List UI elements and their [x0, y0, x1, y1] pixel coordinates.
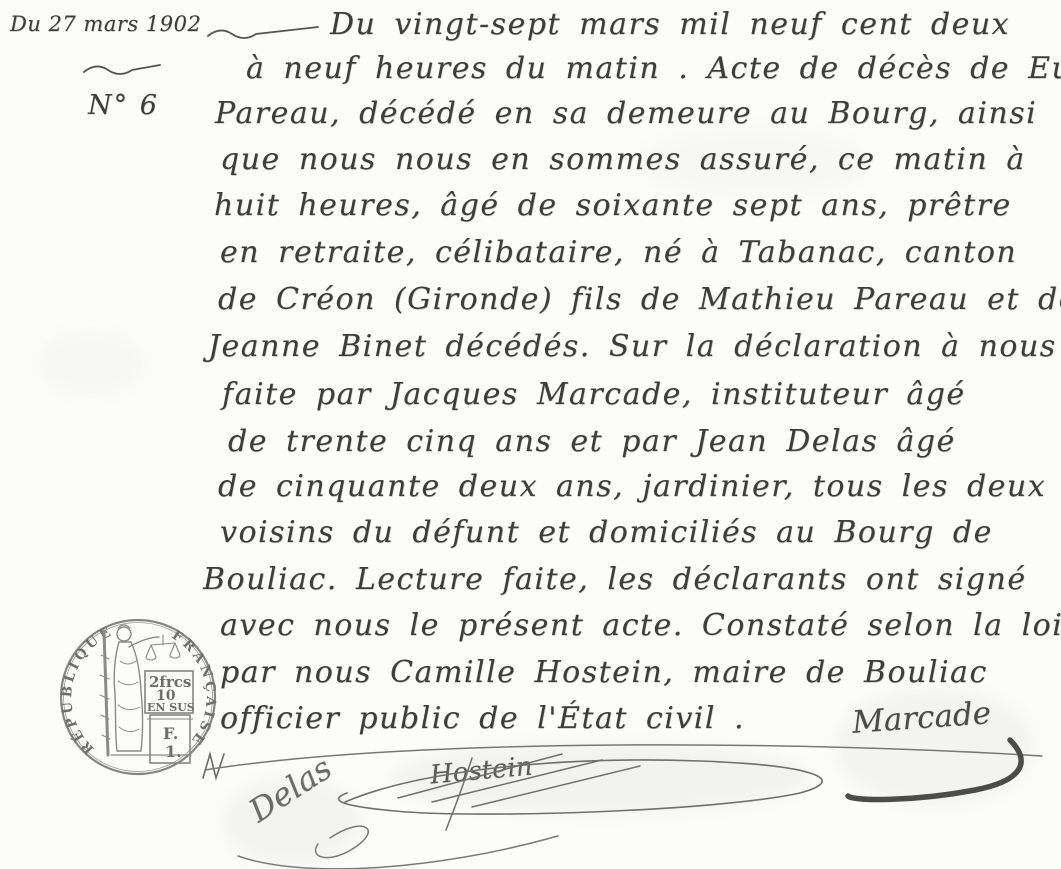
- act-line: à neuf heures du matin . Acte de décès d…: [246, 52, 1061, 85]
- filler-dash: [84, 65, 160, 74]
- death-record-scan: Du 27 mars 1902 N° 6 Du vingt-sept mars …: [0, 0, 1061, 869]
- marcade-swoosh: [848, 740, 1021, 800]
- stamp-base-number: 1.: [165, 742, 182, 761]
- act-line: faite par Jacques Marcade, instituteur â…: [222, 378, 966, 411]
- figure-robe: [114, 642, 142, 751]
- act-line: voisins du défunt et domiciliés au Bourg…: [220, 516, 993, 549]
- republique-francaise-stamp: RÉPUBLIQUE FRANÇAISE: [57, 615, 221, 779]
- act-line: Bouliac. Lecture faite, les déclarants o…: [203, 563, 1027, 596]
- fasces-staff-icon: [100, 631, 110, 755]
- delas-tail: [238, 836, 558, 869]
- margin-record-date: Du 27 mars 1902: [10, 12, 201, 36]
- act-line: Du vingt-sept mars mil neuf cent deux: [330, 8, 1010, 41]
- act-line: officier public de l'État civil .: [220, 702, 745, 735]
- figure-head: [117, 627, 131, 641]
- delas-loop: [316, 826, 369, 857]
- stamp-base-f: F.: [163, 724, 178, 743]
- act-line: de trente cinq ans et par Jean Delas âgé: [228, 425, 956, 458]
- act-line: Jeanne Binet décédés. Sur la déclaration…: [208, 330, 1057, 363]
- signature-delas: Delas: [242, 749, 338, 830]
- stamp-value-ensus: EN SUS: [147, 701, 195, 714]
- figure-arm: [129, 637, 159, 647]
- act-line: Pareau, décédé en sa demeure au Bourg, a…: [215, 97, 1037, 130]
- act-line: de Créon (Gironde) fils de Mathieu Parea…: [218, 283, 1061, 316]
- scan-smudge: [36, 330, 146, 396]
- signature-marcade: Marcade: [851, 695, 992, 741]
- act-line: que nous nous en sommes assuré, ce matin…: [220, 143, 1026, 176]
- act-line: huit heures, âgé de soixante sept ans, p…: [214, 189, 1012, 222]
- act-line: avec nous le présent acte. Constaté selo…: [220, 609, 1061, 642]
- act-line: de cinquante deux ans, jardinier, tous l…: [218, 470, 1046, 503]
- act-line: en retraite, célibataire, né à Tabanac, …: [220, 236, 1017, 269]
- stamp-pedestal: 2frcs 10 EN SUS F. 1.: [145, 671, 195, 763]
- filler-dash: [208, 27, 318, 38]
- margin-act-number: N° 6: [88, 90, 159, 121]
- hostein-loop: [339, 760, 823, 814]
- signature-hostein: Hostein: [429, 752, 534, 791]
- hostein-long-stroke: [205, 745, 1042, 770]
- act-line: par nous Camille Hostein, maire de Bouli…: [220, 656, 988, 689]
